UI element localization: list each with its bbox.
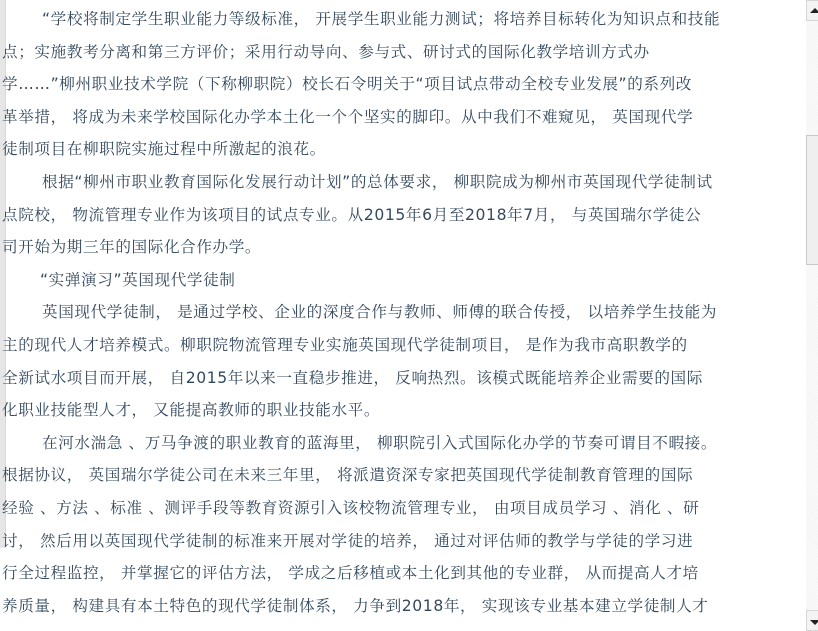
line: 点院校， 物流管理专业作为该项目的试点专业。从2015年6月至2018年7月， … [2, 206, 701, 224]
line: 司开始为期三年的国际化合作办学。 [2, 238, 261, 256]
paragraph-2: 根据“柳州市职业教育国际化发展行动计划”的总体要求， 柳职院成为柳州市英国现代学… [22, 166, 792, 264]
line: 英国现代学徒制， 是通过学校、企业的深度合作与教师、师傅的联合传授， 以培养学生… [42, 303, 717, 321]
line: 徒制项目在柳职院实施过程中所激起的浪花。 [2, 140, 326, 158]
line: 养质量， 构建具有本土特色的现代学徒制体系， 力争到2018年， 实现该专业基本… [2, 597, 709, 615]
article-body: “学校将制定学生职业能力等级标准， 开展学生职业能力测试；将培养目标转化为知识点… [22, 3, 792, 622]
vertical-scrollbar[interactable] [806, 0, 818, 631]
document-viewport: “学校将制定学生职业能力等级标准， 开展学生职业能力测试；将培养目标转化为知识点… [0, 0, 818, 631]
line: 革举措， 将成为未来学校国际化办学本土化一个个坚实的脚印。从中我们不难窥见， 英… [2, 108, 693, 126]
line: “学校将制定学生职业能力等级标准， 开展学生职业能力测试；将培养目标转化为知识点… [42, 10, 720, 28]
line: 点；实施教考分离和第三方评价；采用行动导向、参与式、研讨式的国际化教学培训方式办 [2, 43, 650, 61]
paragraph-1: “学校将制定学生职业能力等级标准， 开展学生职业能力测试；将培养目标转化为知识点… [22, 3, 792, 166]
line: 行全过程监控， 并掌握它的评估方法， 学成之后移植或本土化到其他的专业群， 从而… [2, 564, 699, 582]
line: 化职业技能型人才， 又能提高教师的职业技能水平。 [2, 401, 380, 419]
line: 主的现代人才培养模式。柳职院物流管理专业实施英国现代学徒制项目， 是作为我市高职… [2, 336, 688, 354]
scroll-down-arrow-icon[interactable] [806, 610, 818, 631]
line: 讨， 然后用以英国现代学徒制的标准来开展对学徒的培养， 通过对评估师的教学与学徒… [2, 532, 693, 550]
line: 根据“柳州市职业教育国际化发展行动计划”的总体要求， 柳职院成为柳州市英国现代学… [42, 173, 713, 191]
scroll-up-arrow-icon[interactable] [806, 0, 818, 21]
paragraph-3: 英国现代学徒制， 是通过学校、企业的深度合作与教师、师傅的联合传授， 以培养学生… [22, 296, 792, 426]
line: 学……”柳州职业技术学院（下称柳职院）校长石令明关于“项目试点带动全校专业发展”… [2, 75, 692, 93]
scrollbar-thumb[interactable] [806, 135, 818, 265]
paragraph-4: 在河水湍急 、万马争渡的职业教育的蓝海里， 柳职院引入式国际化办学的节奏可谓目不… [22, 427, 792, 623]
line: 全新试水项目而开展， 自2015年以来一直稳步推进， 反响热烈。该模式既能培养企… [2, 369, 703, 387]
line: 在河水湍急 、万马争渡的职业教育的蓝海里， 柳职院引入式国际化办学的节奏可谓目不… [42, 434, 717, 452]
heading-text: “实弹演习”英国现代学徒制 [40, 271, 236, 289]
section-heading: “实弹演习”英国现代学徒制 [22, 264, 792, 297]
line: 经验 、方法 、标准 、测评手段等教育资源引入该校物流管理专业， 由项目成员学习… [2, 499, 699, 517]
line: 根据协议， 英国瑞尔学徒公司在未来三年里， 将派遣资深专家把英国现代学徒制教育管… [2, 466, 693, 484]
